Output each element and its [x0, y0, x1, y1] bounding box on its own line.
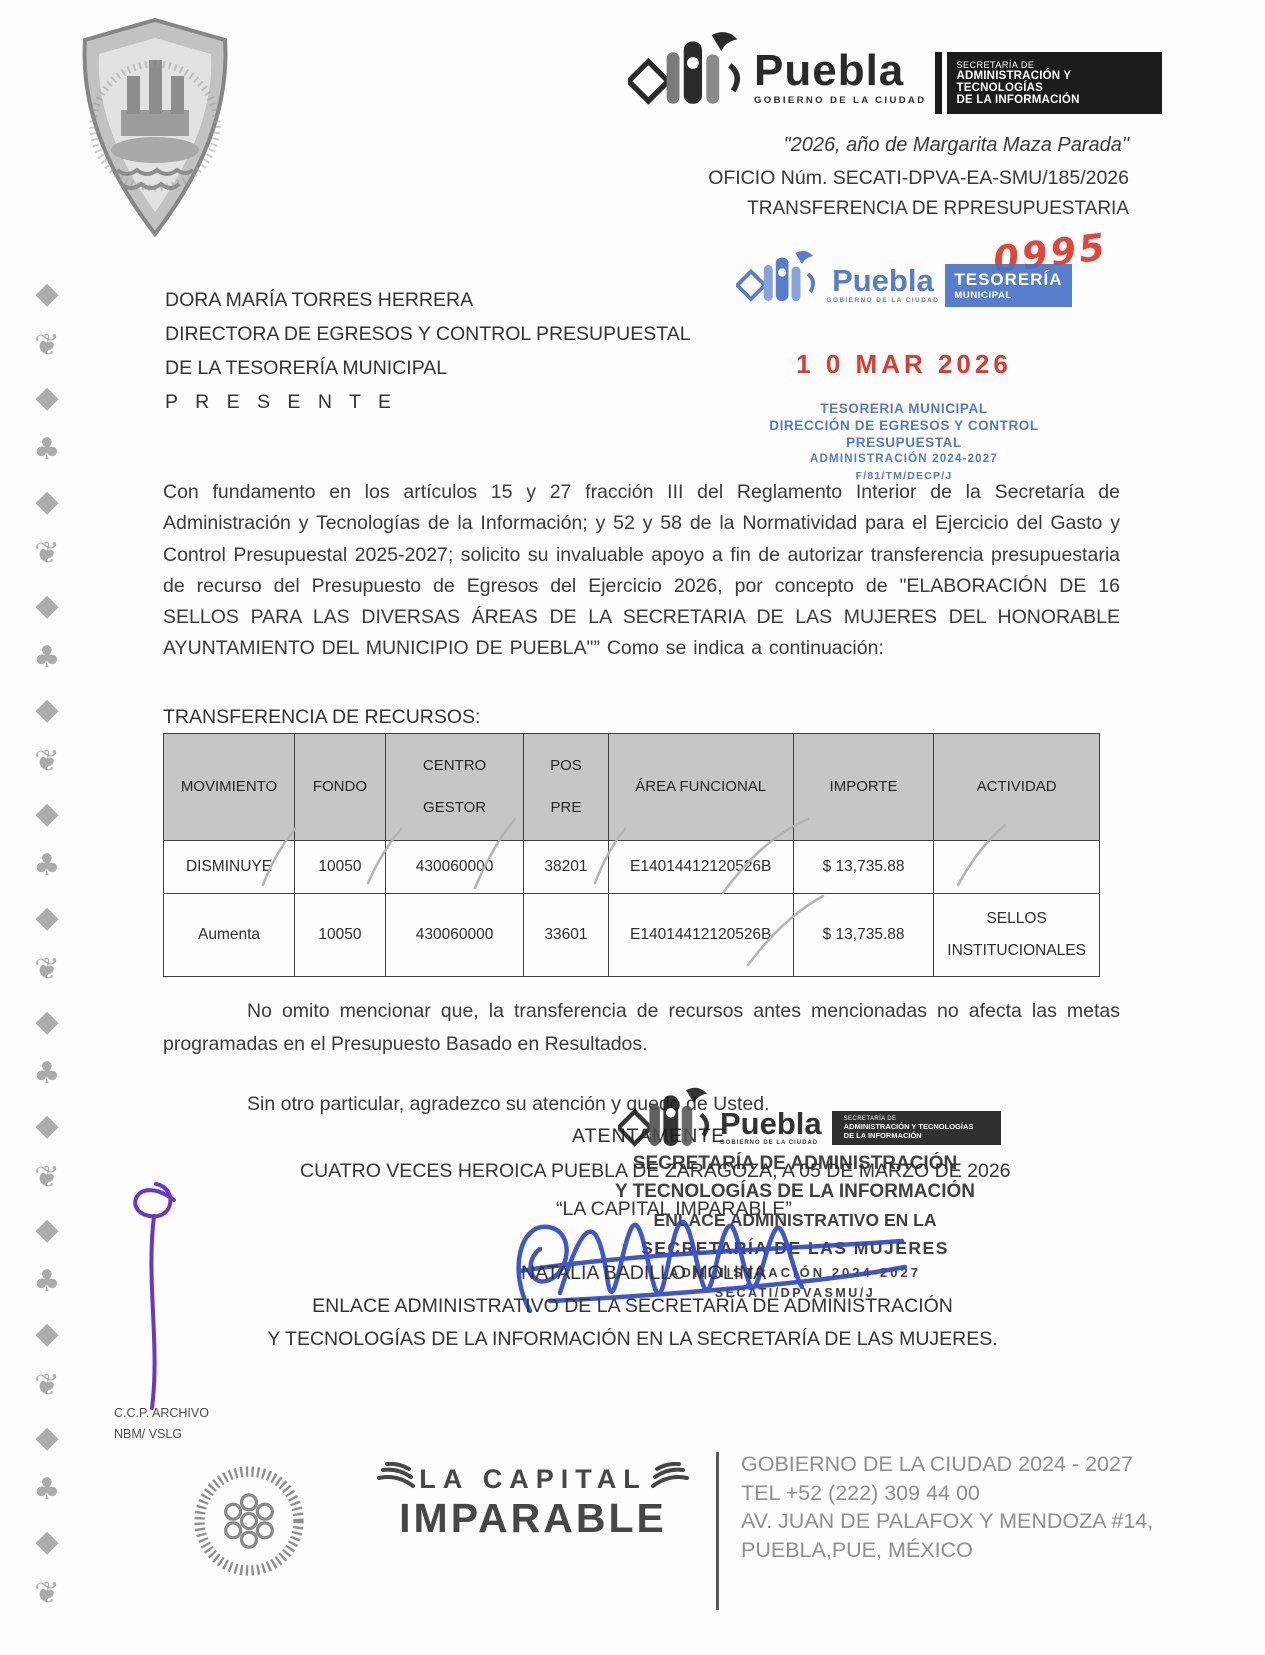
table-header-row: MOVIMIENTO FONDO CENTRO GESTOR POS PRE Á…	[164, 734, 1100, 841]
stamp-brand-subtitle: GOBIERNO DE LA CIUDAD	[720, 1140, 822, 1146]
stamp-dept-line: TESORERIA MUNICIPAL	[728, 400, 1080, 417]
ccp-block: C.C.P. ARCHIVO NBM/ VSLG	[114, 1403, 209, 1445]
stamp-box-line: ADMINISTRACIÓN Y TECNOLOGÍAS	[844, 1122, 994, 1131]
wing-left-icon	[377, 1462, 415, 1497]
cell-actividad: SELLOS INSTITUCIONALES	[934, 894, 1100, 977]
cell-pos-pre: 38201	[524, 841, 608, 894]
table-row: DISMINUYE 10050 430060000 38201 E1401441…	[164, 841, 1100, 894]
col-header-area-funcional: ÁREA FUNCIONAL	[608, 734, 793, 841]
subject-line: TRANSFERENCIA DE RPRESUPUESTARIA	[708, 198, 1129, 220]
footer-info-line: GOBIERNO DE LA CIUDAD 2024 - 2027	[741, 1450, 1153, 1479]
stamp-brand-name: Puebla	[826, 267, 939, 295]
puebla-logo-icon	[628, 30, 746, 131]
footer-info-line: PUEBLA,PUE, MÉXICO	[741, 1536, 1153, 1565]
secretariat-line-1: ADMINISTRACIÓN Y TECNOLOGÍAS	[957, 70, 1152, 94]
stamp-box-line: DE LA INFORMACIÓN	[844, 1131, 994, 1140]
body-paragraph-2: No omito mencionar que, la transferencia…	[163, 995, 1120, 1061]
stamp-department-block: TESORERIA MUNICIPAL DIRECCIÓN DE EGRESOS…	[728, 400, 1080, 485]
transfer-table-label: TRANSFERENCIA DE RECURSOS:	[163, 706, 480, 729]
stamp-dept-line: ADMINISTRACIÓN 2024-2027	[728, 451, 1080, 468]
puebla-coat-of-arms-icon	[75, 14, 235, 247]
signer-name: NATALIA BADILLO MOLINA	[521, 1262, 766, 1285]
footer-info-line: AV. JUAN DE PALAFOX Y MENDOZA #14,	[741, 1507, 1153, 1536]
secretariat-bar	[935, 52, 942, 114]
stamp-office-box: TESORERÍA MUNICIPAL	[945, 264, 1071, 307]
ccp-line-2: NBM/ VSLG	[114, 1424, 209, 1445]
capital-logo-line2: IMPARABLE	[368, 1497, 698, 1539]
body-paragraph-1: Con fundamento en los artículos 15 y 27 …	[163, 477, 1120, 665]
stamp-brand-name: Puebla	[720, 1110, 822, 1138]
year-motto-line: "2026, año de Margarita Maza Parada"	[708, 134, 1129, 157]
brand-subtitle: GOBIERNO DE LA CIUDAD	[754, 95, 927, 106]
cell-movimiento: DISMINUYE	[164, 841, 295, 894]
oficio-number-line: OFICIO Núm. SECATI-DPVA-EA-SMU/185/2026	[708, 167, 1129, 190]
secretariat-line-0: SECRETARÍA DE	[957, 60, 1152, 70]
received-stamp: 0995 Puebla GOBIERNO DE LA CIUDAD TESORE…	[728, 250, 1080, 485]
wing-right-icon	[651, 1462, 689, 1497]
recipient-name: DORA MARÍA TORRES HERRERA	[165, 283, 691, 317]
cell-fondo: 10050	[295, 841, 386, 894]
recipient-salutation: P R E S E N T E	[165, 385, 691, 419]
recipient-title-2: DE LA TESORERÍA MUNICIPAL	[165, 351, 691, 385]
stamp-dept-line: DIRECCIÓN DE EGRESOS Y CONTROL	[728, 417, 1080, 434]
col-header-centro-gestor: CENTRO GESTOR	[385, 734, 524, 841]
header-brand-block: Puebla GOBIERNO DE LA CIUDAD SECRETARÍA …	[628, 30, 1162, 131]
col-header-importe: IMPORTE	[793, 734, 933, 841]
cell-centro-gestor: 430060000	[385, 841, 524, 894]
stamp-dept-line: PRESUPUESTAL	[728, 434, 1080, 451]
table-row: Aumenta 10050 430060000 33601 E140144121…	[164, 894, 1100, 977]
col-header-actividad: ACTIVIDAD	[934, 734, 1100, 841]
stamp-overlay-line: SECRETARÍA DE ADMINISTRACIÓN	[633, 1153, 957, 1175]
stamp-secretariat-box: SECRETARÍA DE ADMINISTRACIÓN Y TECNOLOGÍ…	[832, 1111, 1001, 1145]
cell-actividad	[934, 841, 1100, 894]
footer-divider	[716, 1452, 719, 1610]
cell-area-funcional: E14014412120526B	[608, 841, 793, 894]
recipient-title-1: DIRECTORA DE EGRESOS Y CONTROL PRESUPUES…	[165, 317, 691, 351]
secretariat-banner: SECRETARÍA DE ADMINISTRACIÓN Y TECNOLOGÍ…	[935, 52, 1162, 114]
col-header-fondo: FONDO	[295, 734, 386, 841]
cell-fondo: 10050	[295, 894, 386, 977]
cell-pos-pre: 33601	[524, 894, 608, 977]
stamp-office-line1: TESORERÍA	[954, 270, 1062, 290]
cell-area-funcional: E14014412120526B	[608, 894, 793, 977]
stamp-puebla-logo-icon	[736, 250, 820, 321]
cell-importe: $ 13,735.88	[793, 841, 933, 894]
margin-ornament-pattern: ◆ ❦ ◆ ♣ ◆ ❦ ◆ ♣ ◆ ❦ ◆ ♣ ◆ ❦ ◆ ♣ ◆ ❦ ◆ ♣ …	[12, 268, 82, 1620]
col-header-pos-pre: POS PRE	[524, 734, 608, 841]
transfer-table: MOVIMIENTO FONDO CENTRO GESTOR POS PRE Á…	[163, 733, 1100, 977]
recipient-block: DORA MARÍA TORRES HERRERA DIRECTORA DE E…	[165, 283, 691, 419]
cell-centro-gestor: 430060000	[385, 894, 524, 977]
date-received-stamp: 1 0 MAR 2026	[728, 349, 1080, 380]
ccp-line-1: C.C.P. ARCHIVO	[114, 1403, 209, 1424]
pen-scribble-icon	[116, 1170, 196, 1420]
equality-norm-seal-icon	[193, 1456, 305, 1591]
stamp-brand-subtitle: GOBIERNO DE LA CIUDAD	[826, 297, 939, 304]
stamp-office-line2: MUNICIPAL	[954, 290, 1062, 301]
footer-contact-block: GOBIERNO DE LA CIUDAD 2024 - 2027 TEL +5…	[741, 1450, 1153, 1564]
cell-movimiento: Aumenta	[164, 894, 295, 977]
brand-name: Puebla	[754, 50, 927, 92]
capital-logo-line1: LA CAPITAL	[419, 1464, 646, 1495]
document-page: ◆ ❦ ◆ ♣ ◆ ❦ ◆ ♣ ◆ ❦ ◆ ♣ ◆ ❦ ◆ ♣ ◆ ❦ ◆ ♣ …	[0, 0, 1265, 1655]
col-header-movimiento: MOVIMIENTO	[164, 734, 295, 841]
secretariat-line-2: DE LA INFORMACIÓN	[957, 94, 1152, 106]
capital-imparable-logo: LA CAPITAL IMPARABLE	[368, 1462, 698, 1539]
footer-info-line: TEL +52 (222) 309 44 00	[741, 1479, 1153, 1508]
cell-importe: $ 13,735.88	[793, 894, 933, 977]
